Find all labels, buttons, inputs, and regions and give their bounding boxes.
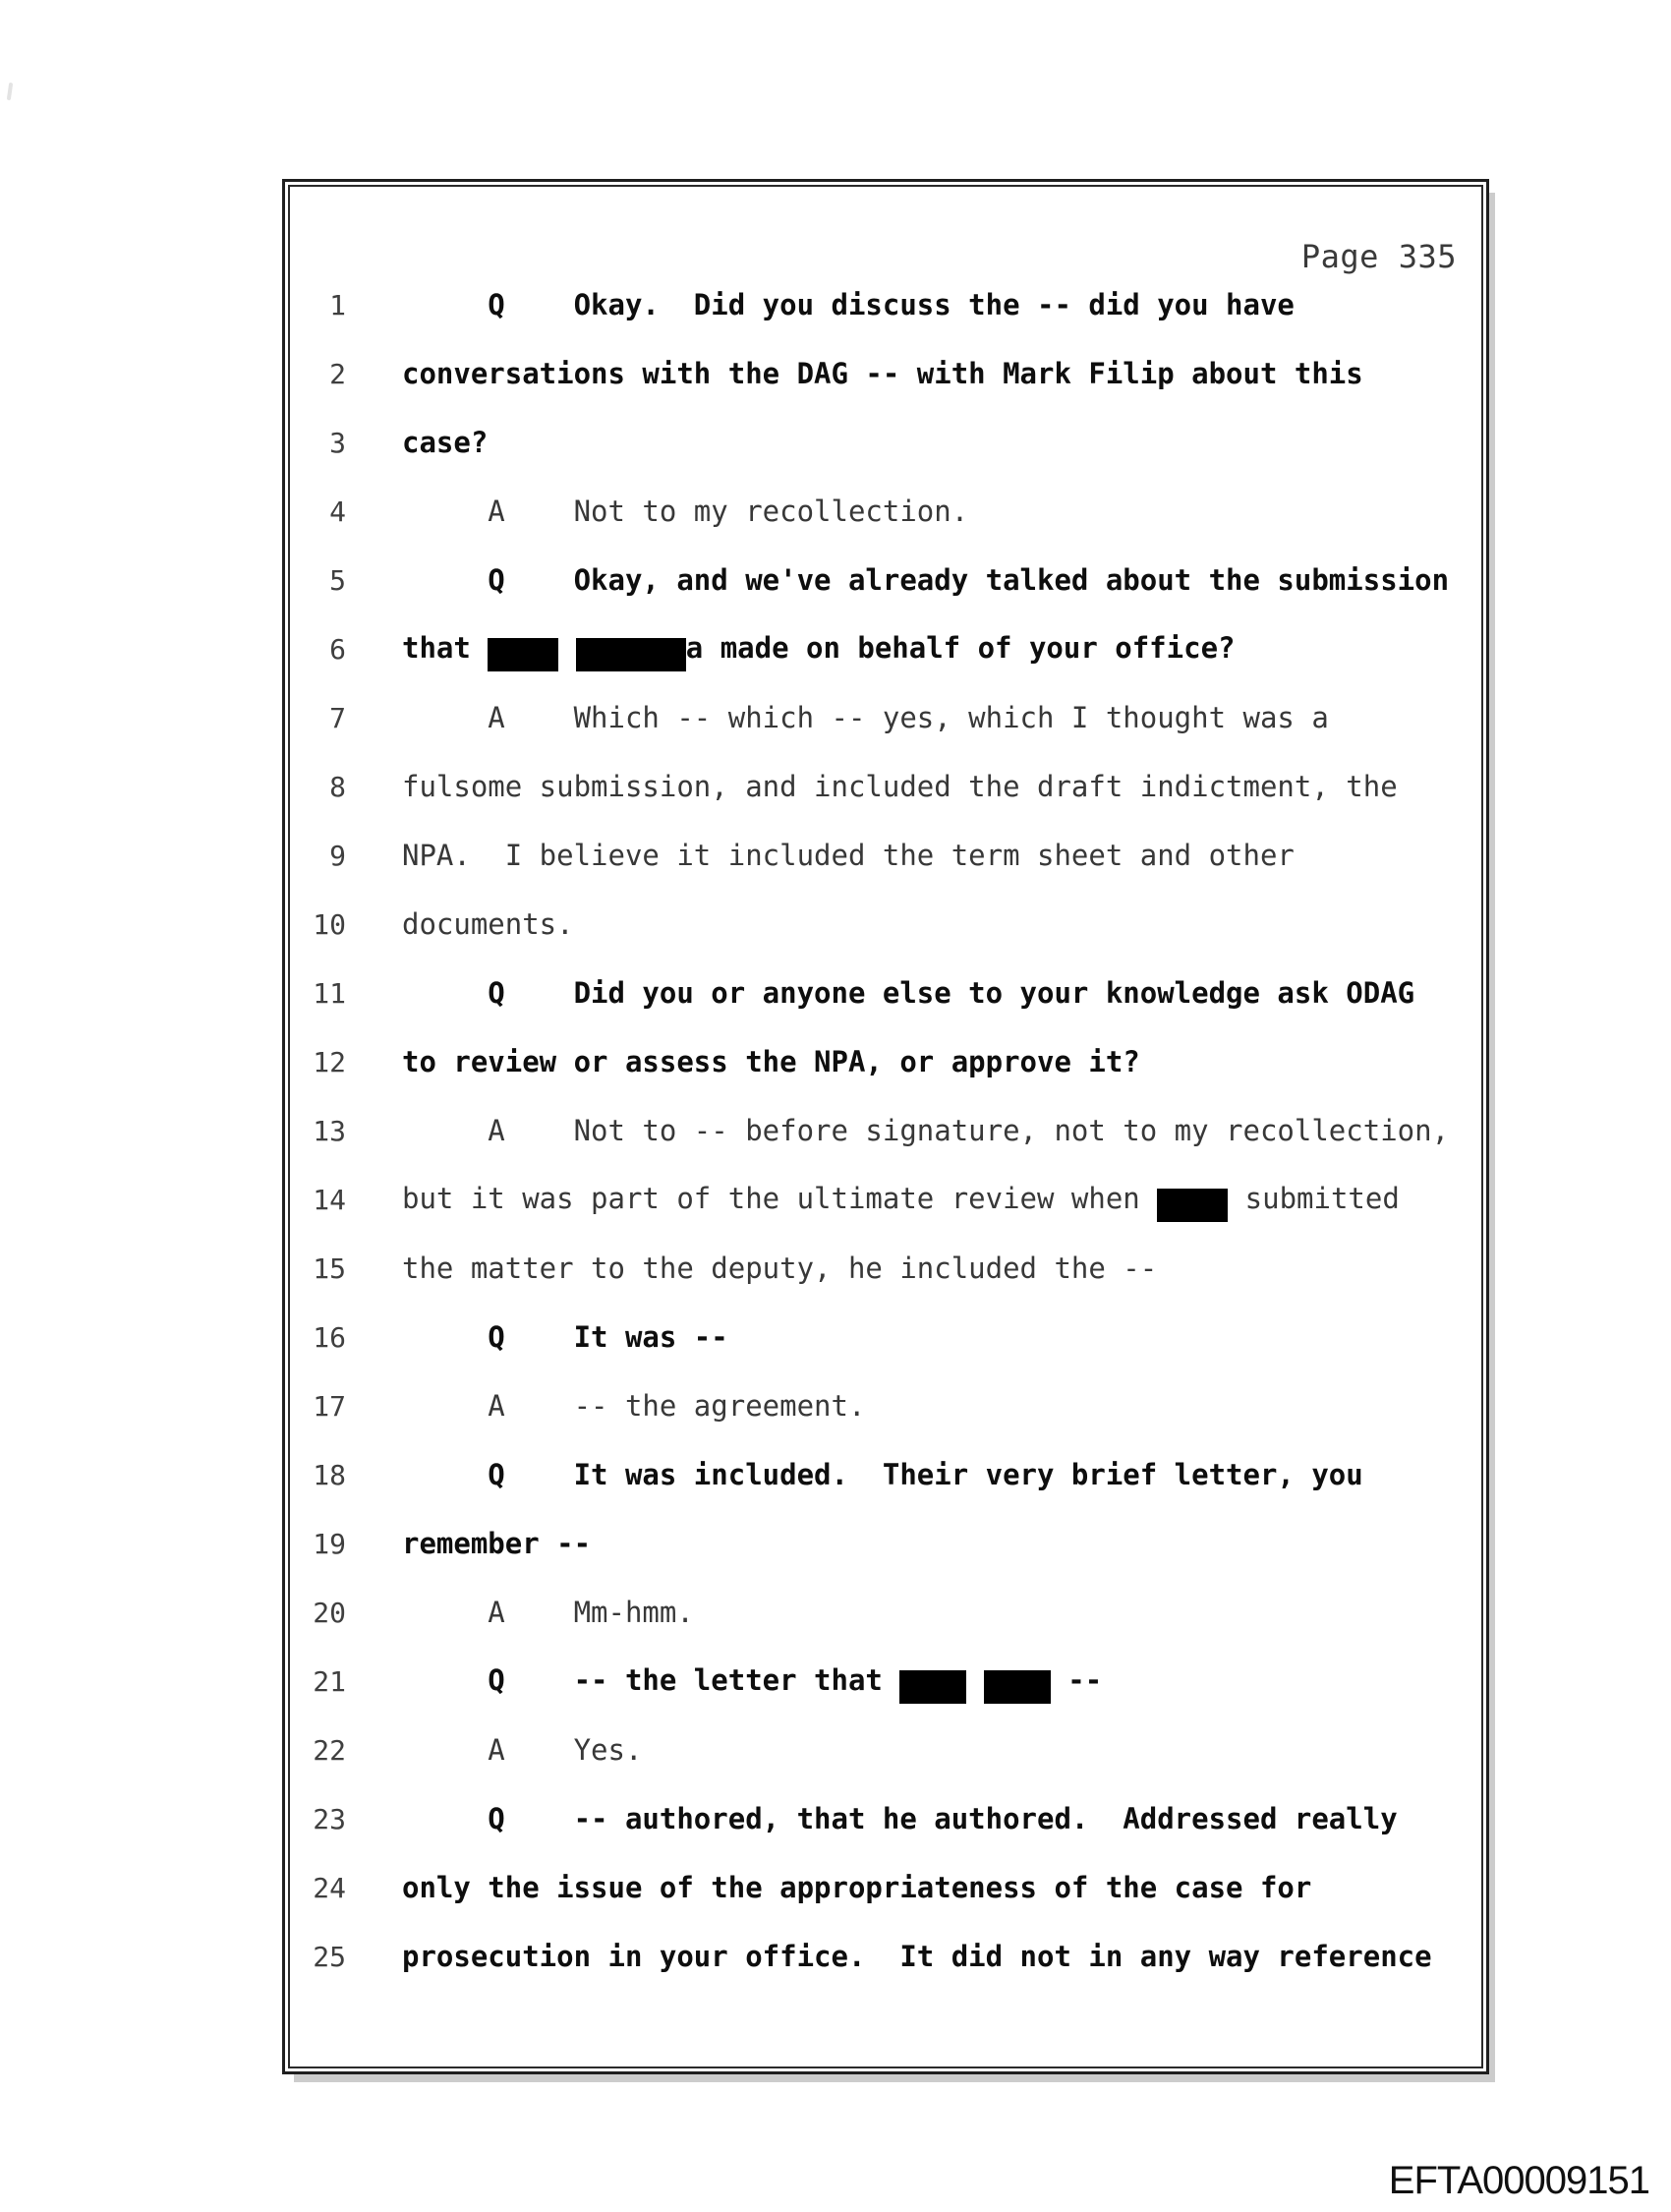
- line-number: 14: [285, 1184, 346, 1216]
- line-text: that a made on behalf of your office?: [402, 631, 1235, 667]
- transcript-line: 16 Q It was --: [285, 1303, 1486, 1371]
- transcript-line: 24only the issue of the appropriateness …: [285, 1853, 1486, 1922]
- line-number: 17: [285, 1390, 346, 1423]
- page-frame: Page 335 1 Q Okay. Did you discuss the -…: [282, 179, 1489, 2074]
- line-number: 11: [285, 977, 346, 1010]
- transcript-line: 15the matter to the deputy, he included …: [285, 1234, 1486, 1303]
- line-number: 4: [285, 495, 346, 528]
- line-number: 22: [285, 1734, 346, 1767]
- transcript-line: 8fulsome submission, and included the dr…: [285, 752, 1486, 821]
- line-text: A Mm-hmm.: [402, 1596, 694, 1629]
- line-text: A Yes.: [402, 1733, 642, 1767]
- line-text: Q -- authored, that he authored. Address…: [402, 1802, 1398, 1835]
- transcript-line: 1 Q Okay. Did you discuss the -- did you…: [285, 270, 1486, 339]
- line-number: 2: [285, 358, 346, 390]
- line-number: 20: [285, 1597, 346, 1629]
- transcript-line: 10documents.: [285, 890, 1486, 959]
- line-number: 16: [285, 1321, 346, 1354]
- line-text: but it was part of the ultimate review w…: [402, 1182, 1400, 1217]
- line-text: only the issue of the appropriateness of…: [402, 1871, 1311, 1904]
- transcript-line: 22 A Yes.: [285, 1716, 1486, 1784]
- transcript-line: 25prosecution in your office. It did not…: [285, 1922, 1486, 1991]
- line-number: 24: [285, 1872, 346, 1904]
- transcript-line: 12to review or assess the NPA, or approv…: [285, 1027, 1486, 1096]
- line-number: 21: [285, 1665, 346, 1698]
- transcript-line: 11 Q Did you or anyone else to your know…: [285, 959, 1486, 1027]
- transcript-line: 6that a made on behalf of your office?: [285, 614, 1486, 683]
- line-number: 3: [285, 427, 346, 459]
- transcript-line: 9NPA. I believe it included the term she…: [285, 821, 1486, 890]
- redaction-box: [984, 1670, 1051, 1704]
- line-number: 6: [285, 633, 346, 666]
- line-number: 23: [285, 1803, 346, 1835]
- line-text: Q -- the letter that --: [402, 1663, 1102, 1699]
- transcript-line: 4 A Not to my recollection.: [285, 477, 1486, 546]
- line-number: 1: [285, 289, 346, 321]
- line-text: case?: [402, 426, 488, 459]
- line-number: 5: [285, 564, 346, 597]
- line-number: 25: [285, 1941, 346, 1973]
- line-text: Q It was included. Their very brief lett…: [402, 1458, 1363, 1491]
- line-number: 7: [285, 702, 346, 734]
- redaction-box: [576, 638, 686, 671]
- line-text: Q Did you or anyone else to your knowled…: [402, 976, 1414, 1010]
- line-text: Q Okay. Did you discuss the -- did you h…: [402, 288, 1295, 321]
- transcript-line: 23 Q -- authored, that he authored. Addr…: [285, 1784, 1486, 1853]
- transcript-lines: 1 Q Okay. Did you discuss the -- did you…: [285, 270, 1486, 1991]
- line-number: 12: [285, 1046, 346, 1078]
- transcript-line: 14but it was part of the ultimate review…: [285, 1165, 1486, 1234]
- transcript-line: 21 Q -- the letter that --: [285, 1647, 1486, 1716]
- line-number: 18: [285, 1459, 346, 1491]
- transcript-line: 7 A Which -- which -- yes, which I thoug…: [285, 683, 1486, 752]
- transcript-line: 19remember --: [285, 1509, 1486, 1578]
- line-number: 15: [285, 1252, 346, 1285]
- line-number: 10: [285, 908, 346, 941]
- line-text: prosecution in your office. It did not i…: [402, 1940, 1432, 1973]
- transcript-line: 13 A Not to -- before signature, not to …: [285, 1096, 1486, 1165]
- line-text: the matter to the deputy, he included th…: [402, 1252, 1157, 1285]
- line-text: A Not to -- before signature, not to my …: [402, 1114, 1449, 1147]
- redaction-box: [899, 1670, 966, 1704]
- redaction-box: [488, 638, 558, 671]
- transcript-line: 2conversations with the DAG -- with Mark…: [285, 339, 1486, 408]
- line-text: conversations with the DAG -- with Mark …: [402, 357, 1363, 390]
- scan-artifact: [7, 83, 13, 100]
- line-text: to review or assess the NPA, or approve …: [402, 1045, 1140, 1078]
- line-number: 19: [285, 1528, 346, 1560]
- line-text: A Which -- which -- yes, which I thought…: [402, 701, 1329, 734]
- transcript-line: 20 A Mm-hmm.: [285, 1578, 1486, 1647]
- transcript-line: 17 A -- the agreement.: [285, 1371, 1486, 1440]
- line-number: 9: [285, 840, 346, 872]
- line-text: fulsome submission, and included the dra…: [402, 770, 1398, 803]
- line-text: Q Okay, and we've already talked about t…: [402, 563, 1449, 597]
- transcript-line: 18 Q It was included. Their very brief l…: [285, 1440, 1486, 1509]
- transcript-line: 5 Q Okay, and we've already talked about…: [285, 546, 1486, 614]
- line-number: 8: [285, 771, 346, 803]
- line-text: Q It was --: [402, 1320, 728, 1354]
- transcript-line: 3case?: [285, 408, 1486, 477]
- line-number: 13: [285, 1115, 346, 1147]
- line-text: documents.: [402, 907, 574, 941]
- bates-number: EFTA00009151: [1389, 2159, 1649, 2203]
- line-text: NPA. I believe it included the term shee…: [402, 839, 1295, 872]
- line-text: A Not to my recollection.: [402, 495, 968, 528]
- scanned-transcript-page: { "page": { "header_label": "Page 335", …: [0, 0, 1671, 2212]
- redaction-box: [1157, 1189, 1228, 1222]
- line-text: A -- the agreement.: [402, 1389, 865, 1423]
- line-text: remember --: [402, 1527, 591, 1560]
